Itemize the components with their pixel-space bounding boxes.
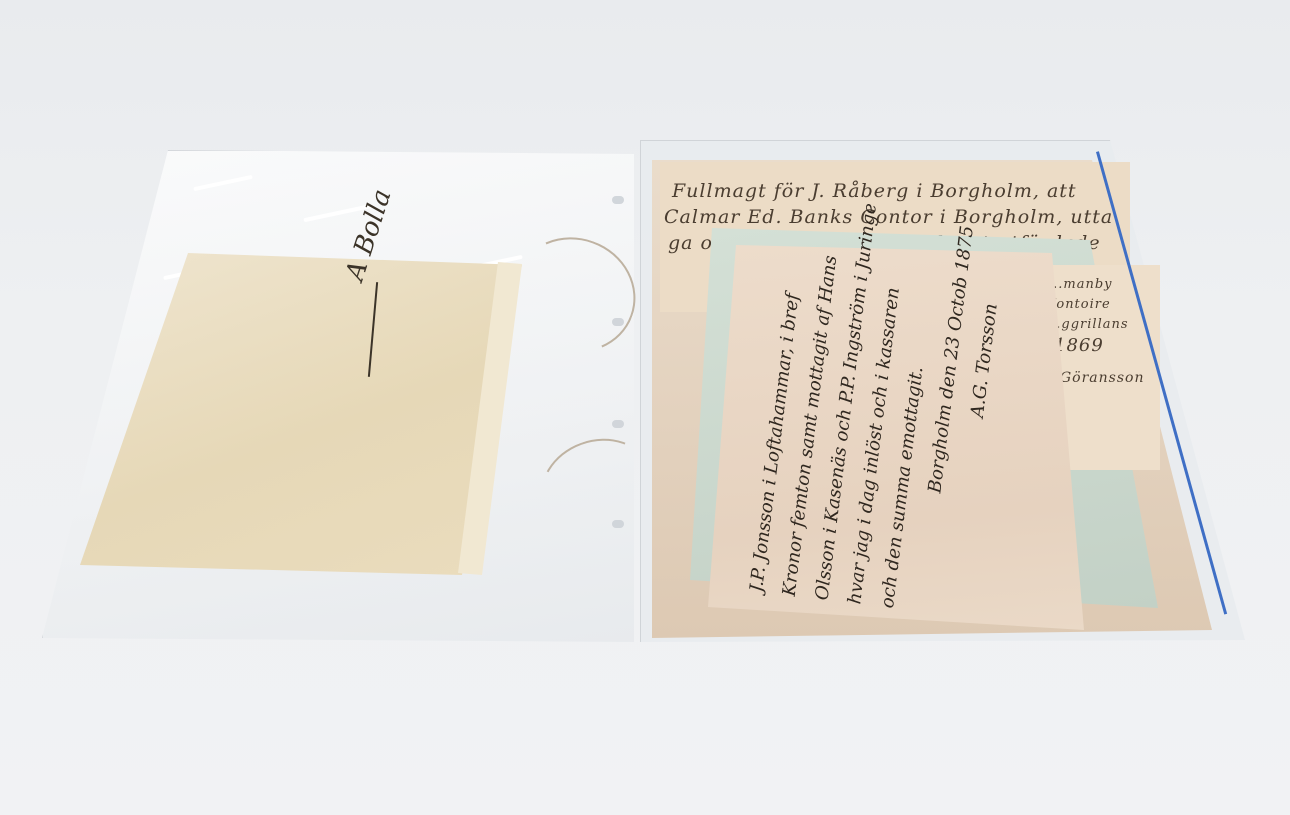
binder-hole <box>612 420 624 428</box>
glare <box>193 175 253 191</box>
script-line: Göransson <box>1060 370 1144 386</box>
script-line: 1869 <box>1054 335 1104 356</box>
binder-hole <box>612 196 624 204</box>
script-line: Fullmagt för J. Råberg i Borgholm, att <box>672 180 1077 202</box>
main-document-text: J.P. Jonsson i Loftahammar, i bref Krono… <box>740 193 1018 618</box>
script-line: ...manby <box>1048 277 1113 292</box>
